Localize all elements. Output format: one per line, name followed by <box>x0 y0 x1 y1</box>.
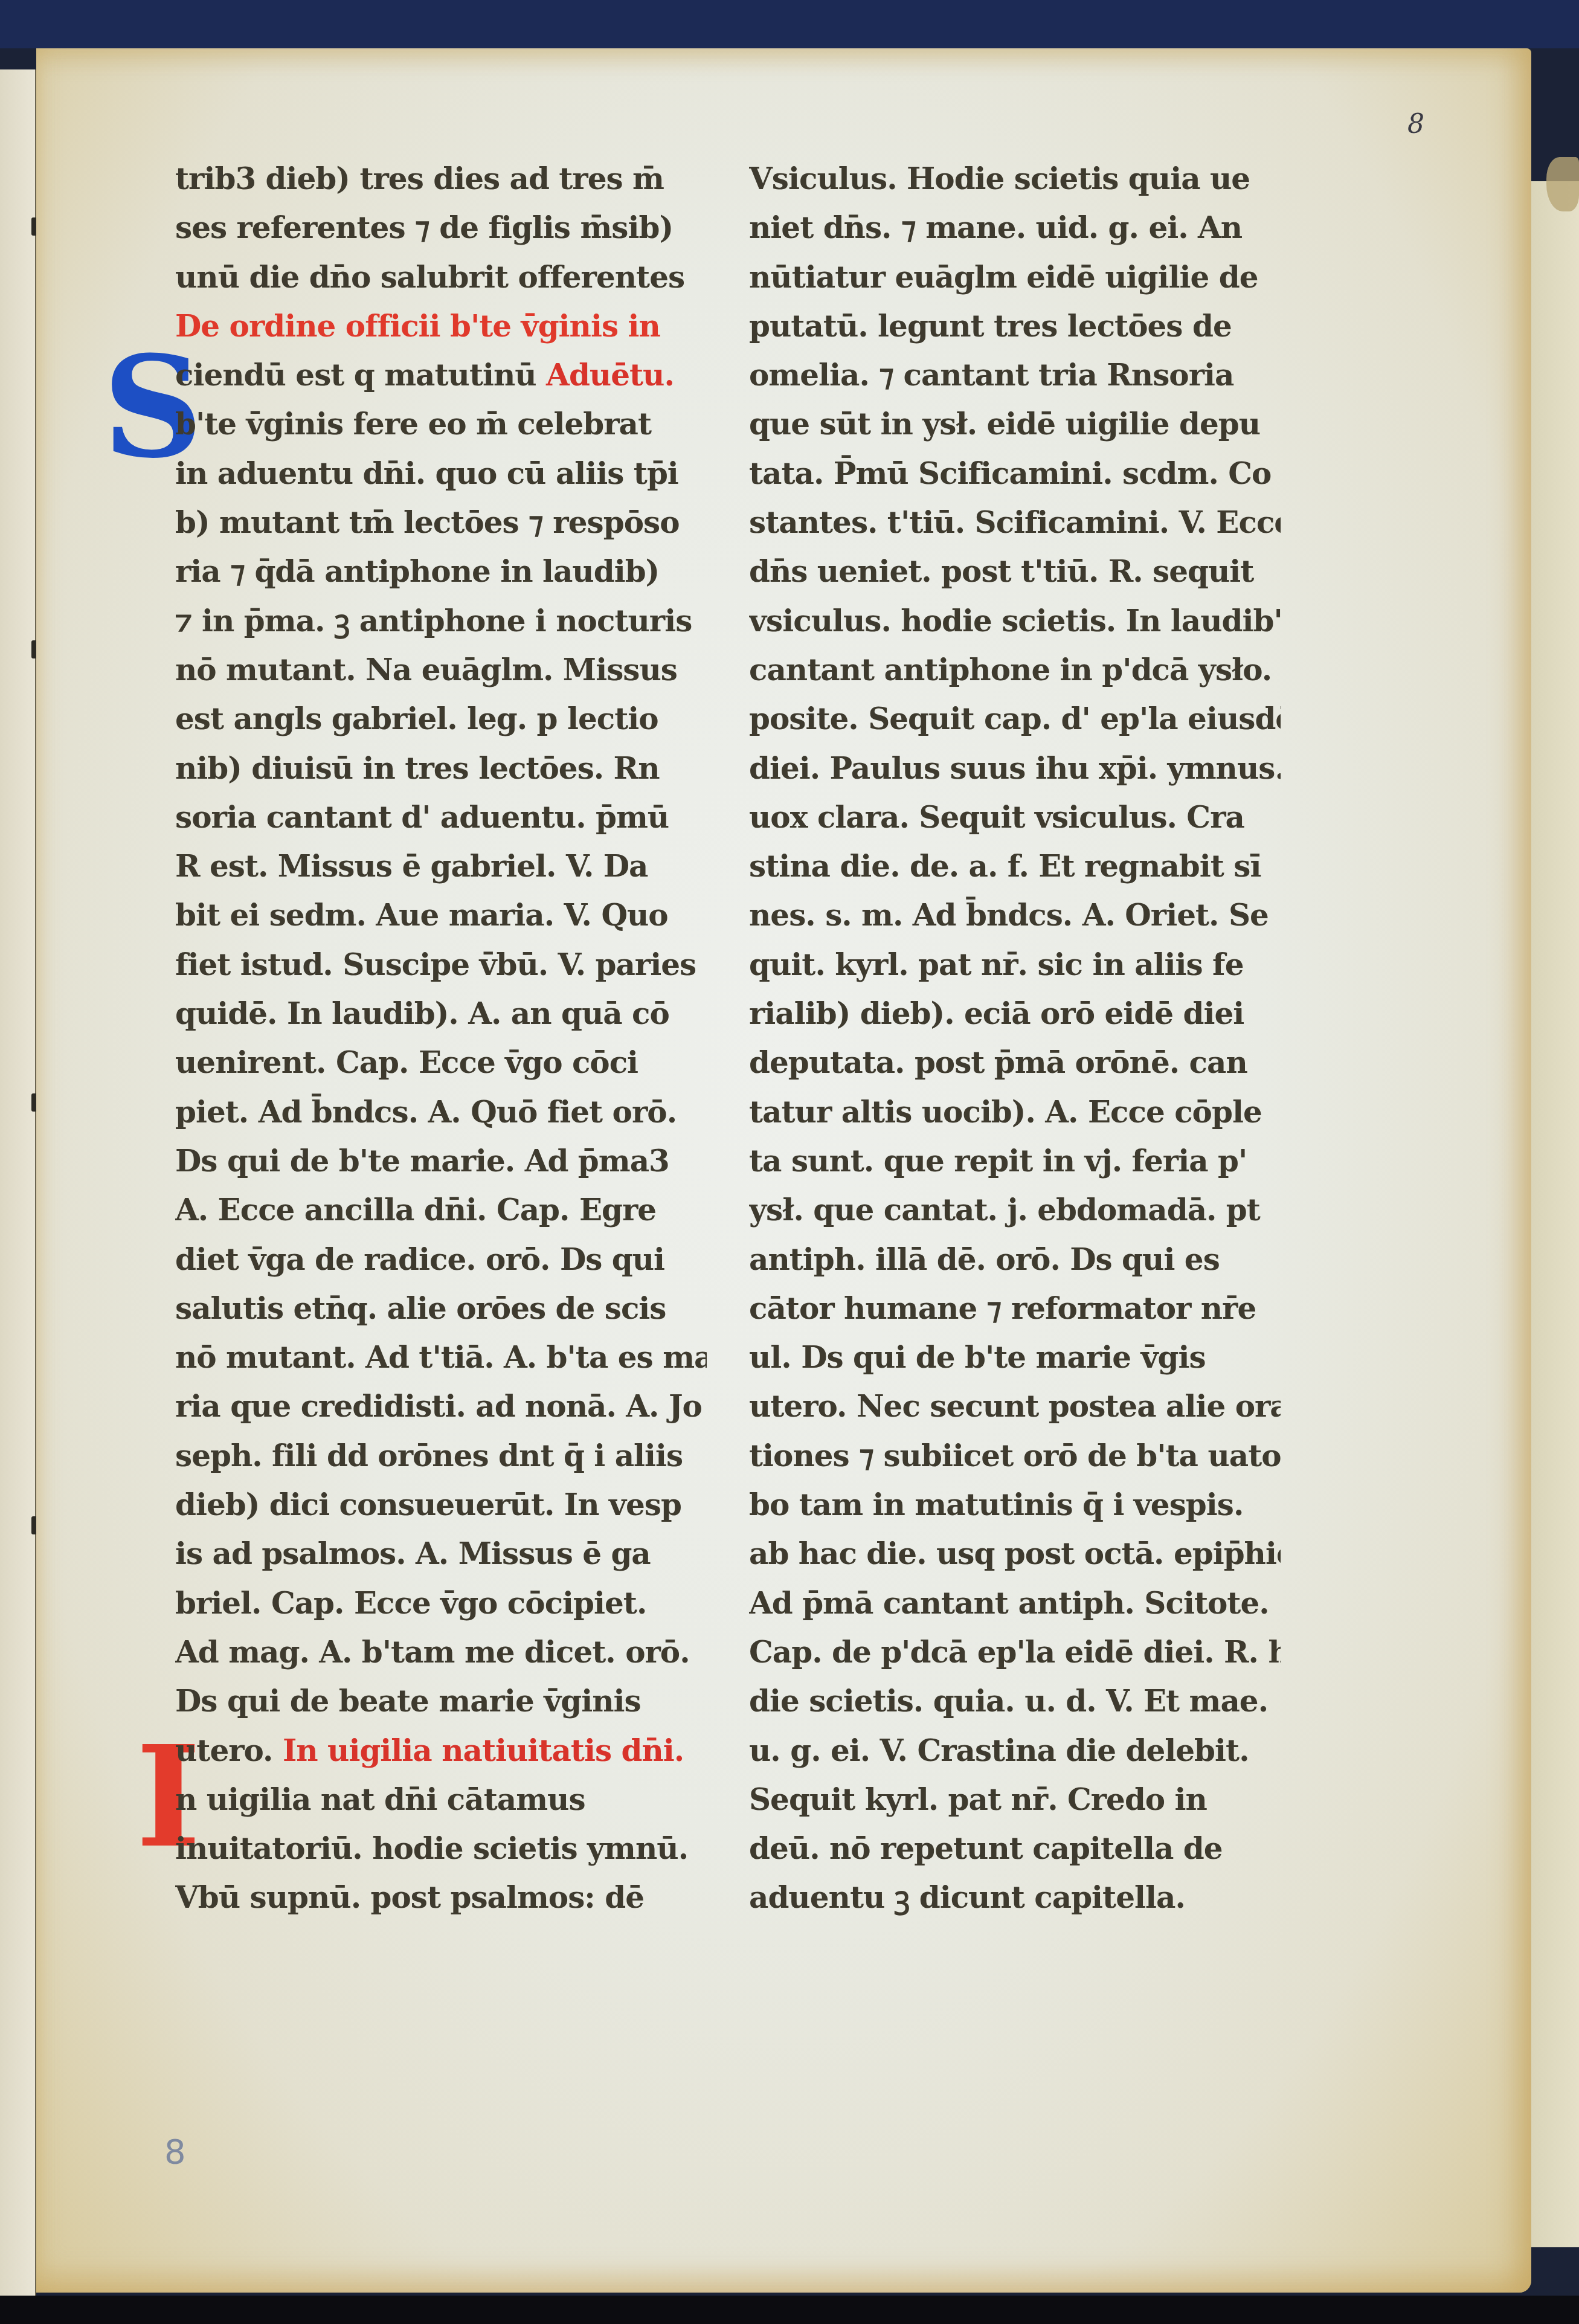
text-line: stantes. t'tiū. Scificamini. V. Ecce <box>749 498 1281 547</box>
text-line: stina die. de. a. f. Et regnabit sī <box>749 842 1281 890</box>
text-line: ciendū est q matutinū Aduētu. <box>175 350 707 399</box>
background-top <box>0 0 1579 48</box>
text-span: utero. <box>175 1733 283 1768</box>
rubric-span: In uigilia natiuitatis dn̄i. <box>283 1733 684 1768</box>
text-line: u. g. ei. V. Crastina die delebit. <box>749 1726 1281 1775</box>
text-line: ⁊ in p̄ma. ꝫ antiphone i nocturis <box>175 596 707 645</box>
text-line: Sequit kyrl. pat nr̄. Credo in <box>749 1775 1281 1824</box>
text-line: tatur altis uocib). A. Ecce cōple <box>749 1087 1281 1136</box>
text-line: dieb) dici consueuerūt. In vesp <box>175 1480 707 1529</box>
text-line: Vsiculus. Hodie scietis quia ue <box>749 154 1281 203</box>
text-line: quit. kyrl. pat nr̄. sic in aliis fe <box>749 940 1281 989</box>
previous-leaf-edge <box>0 69 36 2305</box>
text-column-right: Vsiculus. Hodie scietis quia ueniet dn̄s… <box>749 154 1281 1922</box>
text-line: nō mutant. Ad t'tiā. A. b'ta es ma <box>175 1333 707 1382</box>
text-line: b'te v̄ginis fere eo m̄ celebrat <box>175 399 707 448</box>
text-line: cātor humane ⁊ reformator nr̄e <box>749 1284 1281 1333</box>
text-line: est angls gabriel. leg. p lectio <box>175 694 707 743</box>
text-line: deputata. post p̄mā orōnē. can <box>749 1038 1281 1087</box>
text-line: quidē. In laudib). A. an quā cō <box>175 989 707 1038</box>
rubric-span: Aduētu. <box>546 357 674 393</box>
text-line: b) mutant tm̄ lectōes ⁊ respōso <box>175 498 707 547</box>
text-line: aduentu ꝫ dicunt capitella. <box>749 1873 1281 1922</box>
text-line: posite. Sequit cap. d' ep'la eiusdē <box>749 694 1281 743</box>
text-line: tata. P̄mū Scificamini. scdm. Co <box>749 449 1281 498</box>
text-line: trib3 dieb) tres dies ad tres m̄ <box>175 154 707 203</box>
text-line: utero. In uigilia natiuitatis dn̄i. <box>175 1726 707 1775</box>
text-line: vsiculus. hodie scietis. In laudib' <box>749 596 1281 645</box>
folio-number-bottom: 8 <box>164 2132 186 2172</box>
text-line: R est. Missus ē gabriel. V. Da <box>175 842 707 890</box>
text-line: nō mutant. Na euāglm. Missus <box>175 645 707 694</box>
text-line: Ad p̄mā cantant antiph. Scitote. <box>749 1579 1281 1627</box>
text-line: bo tam in matutinis q̄ i vespis. <box>749 1480 1281 1529</box>
text-line: diei. Paulus suus ihu xp̄i. ymnus. <box>749 744 1281 793</box>
text-line: tiones ⁊ subiicet orō de b'ta uato <box>749 1431 1281 1480</box>
text-line: nib) diuisū in tres lectōes. Rn <box>175 744 707 793</box>
text-line: ab hac die. usq post octā. epip̄hie. <box>749 1529 1281 1578</box>
text-line: inuitatoriū. hodie scietis ymnū. <box>175 1824 707 1873</box>
text-span: ciendū est q matutinū <box>175 357 546 393</box>
text-line: cantant antiphone in p'dcā ysło. <box>749 645 1281 694</box>
text-line: unū die dn̄o salubrit offerentes <box>175 253 707 301</box>
text-line: seph. fili dd orōnes dnt q̄ i aliis <box>175 1431 707 1480</box>
text-line: piet. Ad b̄ndcs. A. Quō fiet orō. <box>175 1087 707 1136</box>
background-bottom <box>0 2296 1579 2324</box>
stain <box>1546 157 1579 211</box>
folio-number-top: 8 <box>1407 109 1424 140</box>
text-line: Ds qui de b'te marie. Ad p̄ma3 <box>175 1136 707 1185</box>
next-leaf-edge <box>1528 181 1579 2247</box>
text-line: ysł. que cantat. j. ebdomadā. pt <box>749 1185 1281 1234</box>
text-line: ria que credidisti. ad nonā. A. Jo <box>175 1382 707 1431</box>
text-line: nes. s. m. Ad b̄ndcs. A. Oriet. Se <box>749 890 1281 939</box>
text-line: uox clara. Sequit vsiculus. Cra <box>749 793 1281 842</box>
text-line: n uigilia nat dn̄i cātamus <box>175 1775 707 1824</box>
text-line: nūtiatur euāglm eidē uigilie de <box>749 253 1281 301</box>
text-column-left: trib3 dieb) tres dies ad tres m̄ses refe… <box>175 154 707 1922</box>
text-line: deū. nō repetunt capitella de <box>749 1824 1281 1873</box>
text-line: ta sunt. que repit in vj. feria p' <box>749 1136 1281 1185</box>
text-line: briel. Cap. Ecce v̄go cōcipiet. <box>175 1579 707 1627</box>
text-line: diet v̄ga de radice. orō. Ds qui <box>175 1235 707 1284</box>
rubric-heading: De ordine officii b'te v̄ginis in <box>175 301 707 350</box>
text-line: salutis etn̄q. alie orōes de scis <box>175 1284 707 1333</box>
text-line: Vbū supnū. post psalmos: dē <box>175 1873 707 1922</box>
text-line: utero. Nec secunt postea alie ora <box>749 1382 1281 1431</box>
text-line: uenirent. Cap. Ecce v̄go cōci <box>175 1038 707 1087</box>
text-line: dn̄s ueniet. post t'tiū. R. sequit <box>749 547 1281 596</box>
text-line: A. Ecce ancilla dn̄i. Cap. Egre <box>175 1185 707 1234</box>
text-line: Cap. de p'dcā ep'la eidē diei. R. ho <box>749 1627 1281 1676</box>
text-line: que sūt in ysł. eidē uigilie depu <box>749 399 1281 448</box>
text-line: in aduentu dn̄i. quo cū aliis tp̄i <box>175 449 707 498</box>
text-line: omelia. ⁊ cantant tria Rnsoria <box>749 350 1281 399</box>
text-line: niet dn̄s. ⁊ mane. uid. g. ei. An <box>749 203 1281 252</box>
text-line: fiet istud. Suscipe v̄bū. V. paries <box>175 940 707 989</box>
text-line: putatū. legunt tres lectōes de <box>749 301 1281 350</box>
text-line: ul. Ds qui de b'te marie v̄gis <box>749 1333 1281 1382</box>
text-line: bit ei sedm. Aue maria. V. Quo <box>175 890 707 939</box>
text-line: ses referentes ⁊ de figlis m̄sib) <box>175 203 707 252</box>
text-line: antiph. illā dē. orō. Ds qui es <box>749 1235 1281 1284</box>
text-line: rialib) dieb). eciā orō eidē diei <box>749 989 1281 1038</box>
text-line: Ad mag. A. b'tam me dicet. orō. <box>175 1627 707 1676</box>
text-line: soria cantant d' aduentu. p̄mū <box>175 793 707 842</box>
text-line: is ad psalmos. A. Missus ē ga <box>175 1529 707 1578</box>
text-line: ria ⁊ q̄dā antiphone in laudib) <box>175 547 707 596</box>
text-line: die scietis. quia. u. d. V. Et mae. <box>749 1676 1281 1725</box>
text-line: Ds qui de beate marie v̄ginis <box>175 1676 707 1725</box>
